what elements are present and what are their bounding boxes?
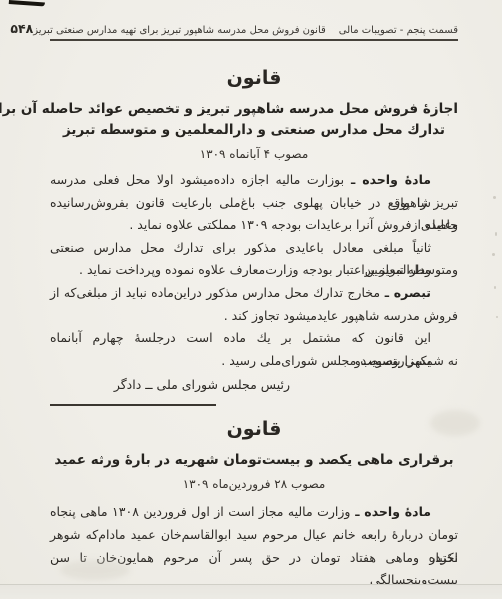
header-doc-title: قانون فروش محل مدرسه شاهپور تبریز برای ت…: [33, 25, 326, 36]
law1-kicker: قانون: [50, 65, 458, 91]
law1-approval-date: مصوب ۴ آبانماه ۱۳۰۹: [50, 146, 458, 162]
body-line: تبریز را واقع در خیابان پهلوی جنب باغ‌مل…: [50, 192, 458, 215]
law1-body: مادهٔ واحده ـ بوزارت مالیه اجازه داده‌می…: [50, 169, 458, 372]
body-line: ثانیاً مبلغی معادل باعایدی مذکور برای تد…: [50, 237, 458, 260]
law1-heading-line2: تدارك محل مدارس صنعتی و دارالمعلمین و مت…: [50, 120, 458, 141]
body-line-text: مخارج تدارك محل مدارس مذکور دراین‌ماده ن…: [50, 285, 380, 300]
article-lead: مادهٔ واحده ـ: [350, 504, 431, 519]
body-line-text: وزارت مالیه مجاز است از اول فروردین ۱۳۰۸…: [50, 504, 350, 519]
body-line: مادهٔ واحده ـ بوزارت مالیه اجازه داده‌می…: [50, 169, 458, 192]
body-line: حاصله ازفروش آنرا برعایدات بودجه ۱۳۰۹ مم…: [50, 214, 458, 237]
header-section-label: قسمت پنجم - تصویبات مالی: [339, 25, 458, 36]
header-rule: [50, 39, 458, 41]
article-lead: مادهٔ واحده ـ: [344, 172, 431, 187]
body-line-text: نه شمسی بتصویب مجلس شورای‌ملی رسید .: [221, 353, 458, 368]
body-line: تومان دربارهٔ رابعه خانم عیال مرحوم سید …: [50, 524, 458, 547]
running-header: قسمت پنجم - تصویبات مالی قانون فروش محل …: [50, 0, 458, 36]
body-line-text: حاصله ازفروش آنرا برعایدات بودجه ۱۳۰۹ مم…: [129, 217, 458, 232]
body-line-text: فروش مدرسه شاهپور عایدمیشود تجاوز کند .: [224, 308, 458, 323]
scan-speck: [496, 316, 498, 318]
scan-artifact-corner: [9, 0, 45, 7]
running-header-titles: قسمت پنجم - تصویبات مالی قانون فروش محل …: [33, 25, 458, 36]
scan-speck: [494, 286, 496, 289]
body-line: ومتوسطه تبریز براعتبار بودجه وزارت‌معارف…: [50, 259, 458, 282]
page-bottom-edge: [0, 584, 502, 599]
law1-heading-line1: اجازهٔ فروش محل مدرسه شاهپور تبریز و تخص…: [50, 99, 458, 120]
text-column: قسمت پنجم - تصویبات مالی قانون فروش محل …: [50, 0, 458, 569]
scan-blotch: [60, 560, 130, 580]
scan-speck: [493, 196, 496, 199]
body-line: این قانون که مشتمل بر یك ماده است درجلسه…: [50, 327, 458, 350]
note-lead: تبصره ـ: [380, 285, 431, 300]
law2-body: مادهٔ واحده ـ وزارت مالیه مجاز است از او…: [50, 501, 458, 569]
law2-approval-date: مصوب ۲۸ فروردین‌ماه ۱۳۰۹: [50, 476, 458, 492]
body-line: نه شمسی بتصویب مجلس شورای‌ملی رسید .: [50, 350, 458, 373]
law2-kicker: قانون: [50, 416, 458, 442]
page-number: ۵۴۸: [10, 21, 33, 36]
body-line: فروش مدرسه شاهپور عایدمیشود تجاوز کند .: [50, 305, 458, 328]
body-line: مادهٔ واحده ـ وزارت مالیه مجاز است از او…: [50, 501, 458, 524]
signature-line: رئیس مجلس شورای ملی ــ دادگر: [50, 375, 458, 395]
scan-speck: [492, 253, 495, 256]
body-line-text: ومتوسطه تبریز براعتبار بودجه وزارت‌معارف…: [79, 262, 458, 277]
scan-blotch: [430, 410, 480, 436]
scanned-page: قسمت پنجم - تصویبات مالی قانون فروش محل …: [0, 0, 502, 599]
scan-speck: [495, 232, 497, 236]
law2-heading-line1: برقراری ماهی یکصد و بیست‌تومان شهریه در …: [50, 450, 458, 471]
body-line: تبصره ـ مخارج تدارك محل مدارس مذکور درای…: [50, 282, 458, 305]
section-divider: [50, 404, 216, 406]
